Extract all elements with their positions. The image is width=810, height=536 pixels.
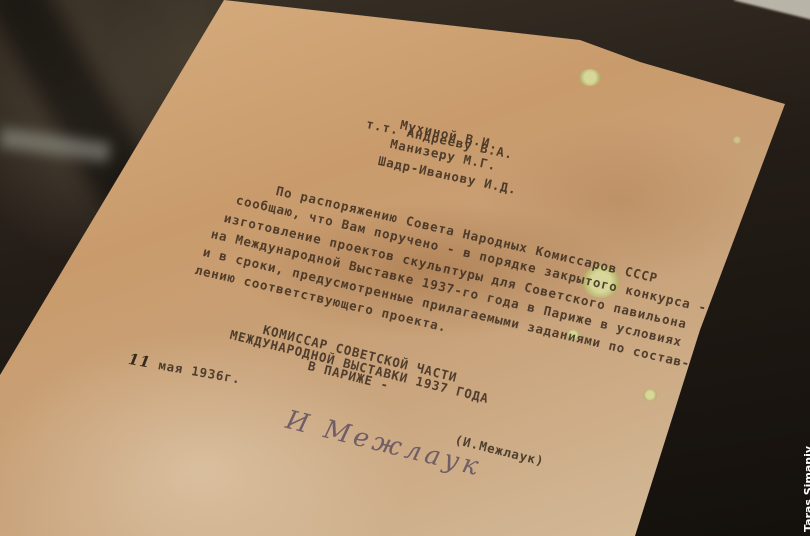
- date-line: 11 мая 1936г.: [127, 350, 242, 388]
- date-month-year: мая 1936г.: [157, 357, 242, 386]
- date-day-handwritten: 11: [127, 350, 152, 372]
- photographer-watermark: Taras Simaniv: [802, 446, 810, 532]
- title-line: МЕЖДУНАРОДНОЙ ВЫСТАВКИ 1937 ГОДА: [228, 327, 490, 406]
